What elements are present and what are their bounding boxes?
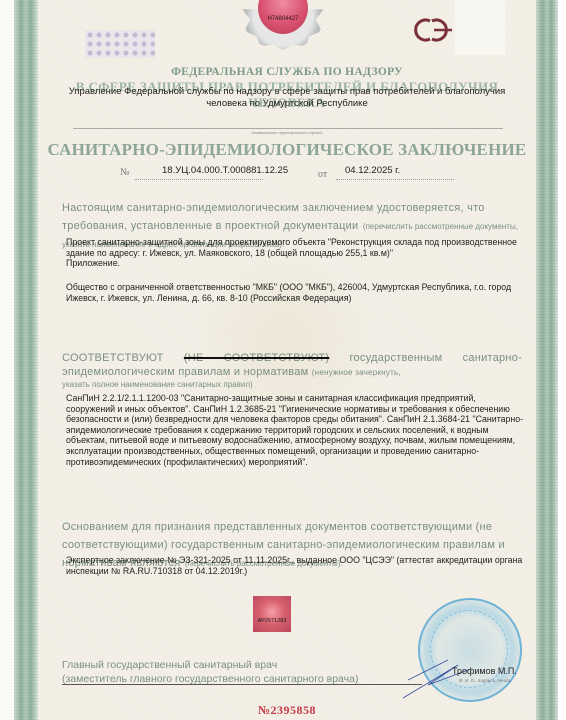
number-label: №	[120, 167, 130, 178]
hologram-serial: Н74804427	[260, 16, 306, 22]
sanitary-rules-list: СанПиН 2.2.1/2.1.1.1200-03 "Санитарно-за…	[66, 393, 526, 467]
signer-name: Трофимов М.П.	[452, 666, 517, 676]
signer-caption: Ф. И. О., подпись, печать	[459, 678, 511, 683]
department-underline	[73, 128, 503, 129]
document-title: САНИТАРНО-ЭПИДЕМИОЛОГИЧЕСКОЕ ЗАКЛЮЧЕНИЕ	[38, 140, 536, 160]
developer-organization: Общество с ограниченной ответственностью…	[66, 282, 526, 303]
conformity-statement: СООТВЕТСТВУЮТ (НЕ СООТВЕТСТВУЮТ) государ…	[62, 351, 522, 379]
number-underline	[135, 179, 263, 180]
conform-word: СООТВЕТСТВУЮТ	[62, 352, 164, 364]
not-conform-struck: (НЕ СООТВЕТСТВУЮТ)	[184, 352, 329, 364]
hex-security-pattern	[85, 30, 155, 58]
department-caption: (наименование территориального органа)	[38, 130, 536, 135]
ce-logo-icon	[408, 15, 458, 45]
territorial-department: Управление Федеральной службы по надзору…	[38, 86, 536, 109]
chief-doctor-title: Главный государственный санитарный врач …	[62, 658, 358, 686]
date-underline	[336, 179, 454, 180]
date-label: от	[318, 169, 327, 180]
form-serial-number: №2395858	[38, 703, 536, 718]
hologram-sticker-bottom: АР2671283	[253, 596, 291, 632]
agency-title-line1: ФЕДЕРАЛЬНАЯ СЛУЖБА ПО НАДЗОРУ	[38, 66, 536, 78]
right-margin	[558, 0, 566, 720]
blank-corner-area	[455, 0, 505, 55]
guilloche-border-right	[536, 0, 558, 720]
position-line1: Главный государственный санитарный врач	[62, 658, 358, 672]
certificate-page: Н74804427 ФЕДЕРАЛЬНАЯ СЛУЖБА ПО НАДЗОРУ …	[0, 0, 566, 720]
project-section: Проект санитарно-защитной зоны для проек…	[66, 237, 526, 269]
department-line1: Управление Федеральной службы по надзору…	[38, 86, 536, 98]
hologram-seal-top: Н74804427	[238, 0, 328, 52]
document-number: 18.УЦ.04.000.Т.000881.12.25	[162, 165, 288, 176]
left-margin	[0, 0, 14, 720]
project-appendix: Приложение.	[66, 258, 526, 269]
guilloche-border-left	[14, 0, 38, 720]
conformity-hint-line2: указать полное наименование санитарных п…	[62, 379, 522, 390]
conformity-section: СООТВЕТСТВУЮТ (НЕ СООТВЕТСТВУЮТ) государ…	[62, 351, 522, 390]
hologram-bottom-serial: АР2671283	[253, 618, 291, 624]
expert-opinion: Экспертное заключение № ЭЗ-321-2025 от 1…	[66, 555, 526, 576]
project-description: Проект санитарно-защитной зоны для проек…	[66, 237, 526, 258]
department-line2: человека по Удмуртской Республике	[38, 98, 536, 110]
document-date: 04.12.2025 г.	[345, 165, 400, 176]
conformity-hint: (ненужное зачеркнуть,	[312, 368, 401, 377]
signature-line	[62, 684, 422, 685]
